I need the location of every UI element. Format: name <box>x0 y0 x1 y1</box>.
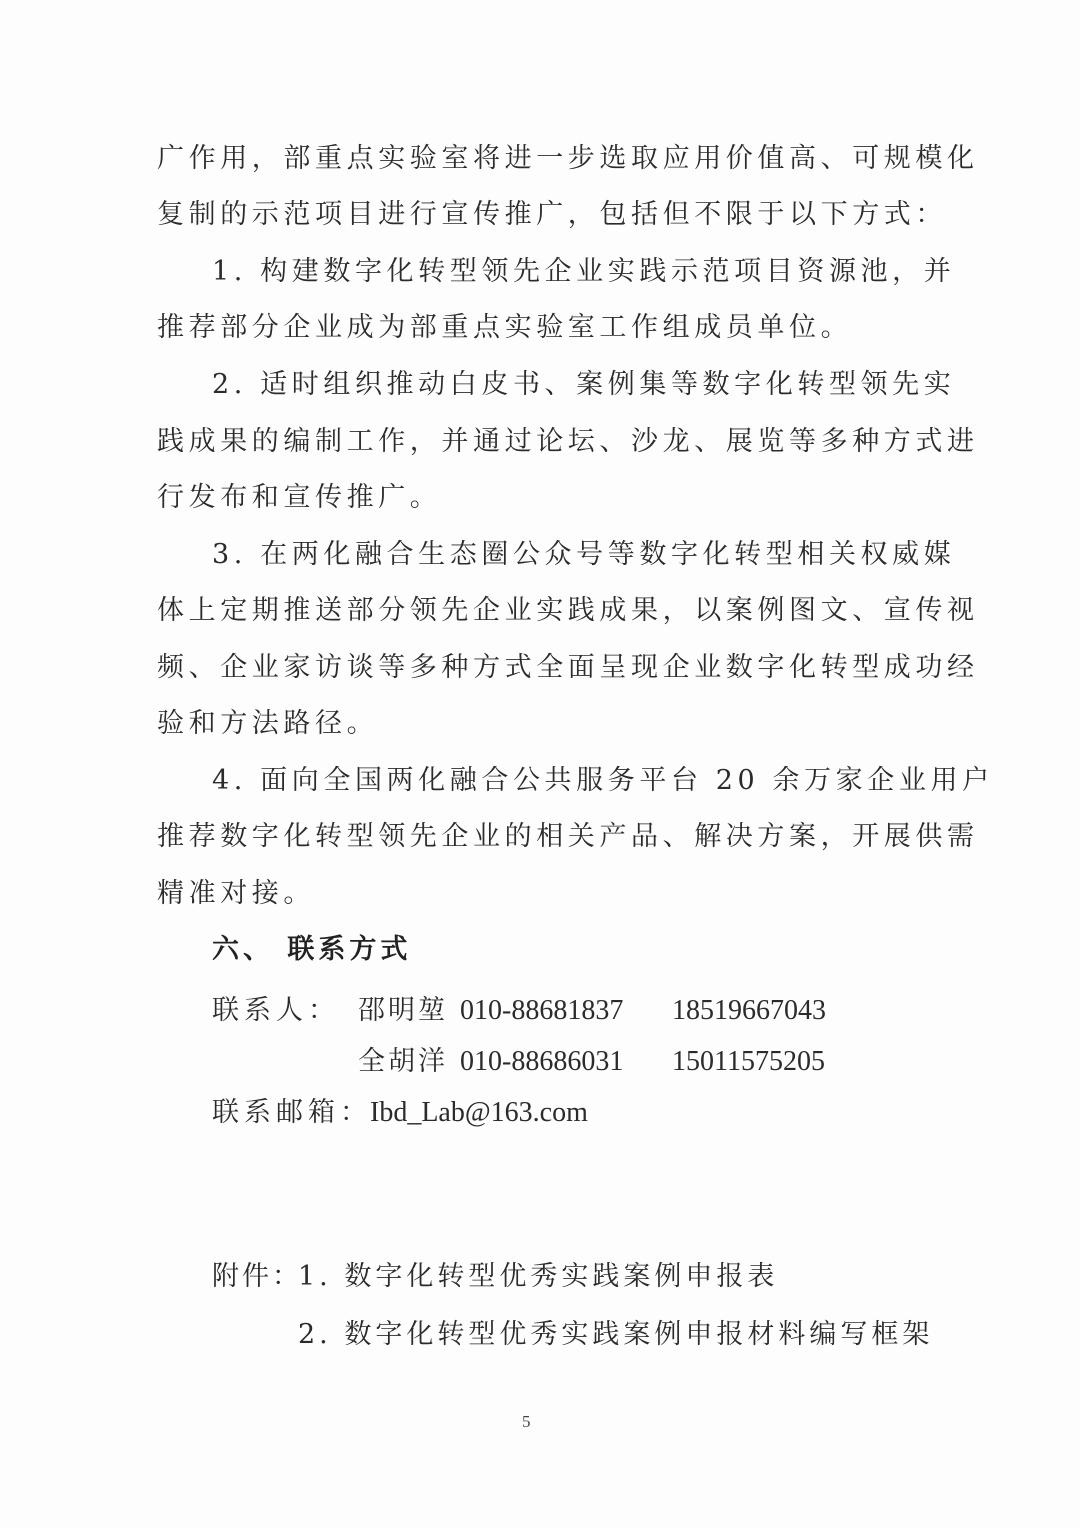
contact-name: 全胡洋 <box>358 1045 448 1079</box>
list-item-3-line: 频、企业家访谈等多种方式全面呈现企业数字化转型成功经 <box>157 651 979 685</box>
list-item-2-line: 2. 适时组织推动白皮书、案例集等数字化转型领先实 <box>212 368 955 402</box>
contact-telephone: 010-88686031 <box>460 1045 623 1079</box>
list-item-4-line: 4. 面向全国两化融合公共服务平台 20 余万家企业用户 <box>212 764 994 798</box>
list-item-1-line: 推荐部分企业成为部重点实验室工作组成员单位。 <box>157 311 852 345</box>
list-item-4-line: 推荐数字化转型领先企业的相关产品、解决方案，开展供需 <box>157 820 979 854</box>
contact-name: 邵明堃 <box>358 994 448 1028</box>
list-item-3-line: 验和方法路径。 <box>157 707 378 741</box>
list-item-3-line: 体上定期推送部分领先企业实践成果，以案例图文、宣传视 <box>157 594 979 628</box>
contact-mobile: 18519667043 <box>672 994 826 1028</box>
contact-email-label: 联系邮箱： <box>212 1096 372 1130</box>
contact-mobile: 15011575205 <box>672 1045 825 1079</box>
section-heading-contact: 六、 联系方式 <box>212 933 411 967</box>
list-item-2-line: 行发布和宣传推广。 <box>157 481 441 515</box>
list-item-1-line: 1. 构建数字化转型领先企业实践示范项目资源池，并 <box>212 255 955 289</box>
document-page: 广作用，部重点实验室将进一步选取应用价值高、可规模化 复制的示范项目进行宣传推广… <box>0 0 1080 1528</box>
paragraph-line: 广作用，部重点实验室将进一步选取应用价值高、可规模化 <box>157 142 979 176</box>
list-item-4-line: 精准对接。 <box>157 877 315 911</box>
page-number: 5 <box>522 1412 531 1432</box>
attachment-item: 1. 数字化转型优秀实践案例申报表 <box>298 1260 778 1294</box>
contact-person-label: 联系人： <box>212 994 340 1028</box>
contact-email: Ibd_Lab@163.com <box>370 1096 588 1130</box>
attachments-label: 附件： <box>212 1260 302 1294</box>
attachment-item: 2. 数字化转型优秀实践案例申报材料编写框架 <box>298 1318 933 1352</box>
list-item-2-line: 践成果的编制工作，并通过论坛、沙龙、展览等多种方式进 <box>157 425 979 459</box>
paragraph-line: 复制的示范项目进行宣传推广，包括但不限于以下方式： <box>157 198 947 232</box>
list-item-3-line: 3. 在两化融合生态圈公众号等数字化转型相关权威媒 <box>212 538 955 572</box>
contact-telephone: 010-88681837 <box>460 994 623 1028</box>
